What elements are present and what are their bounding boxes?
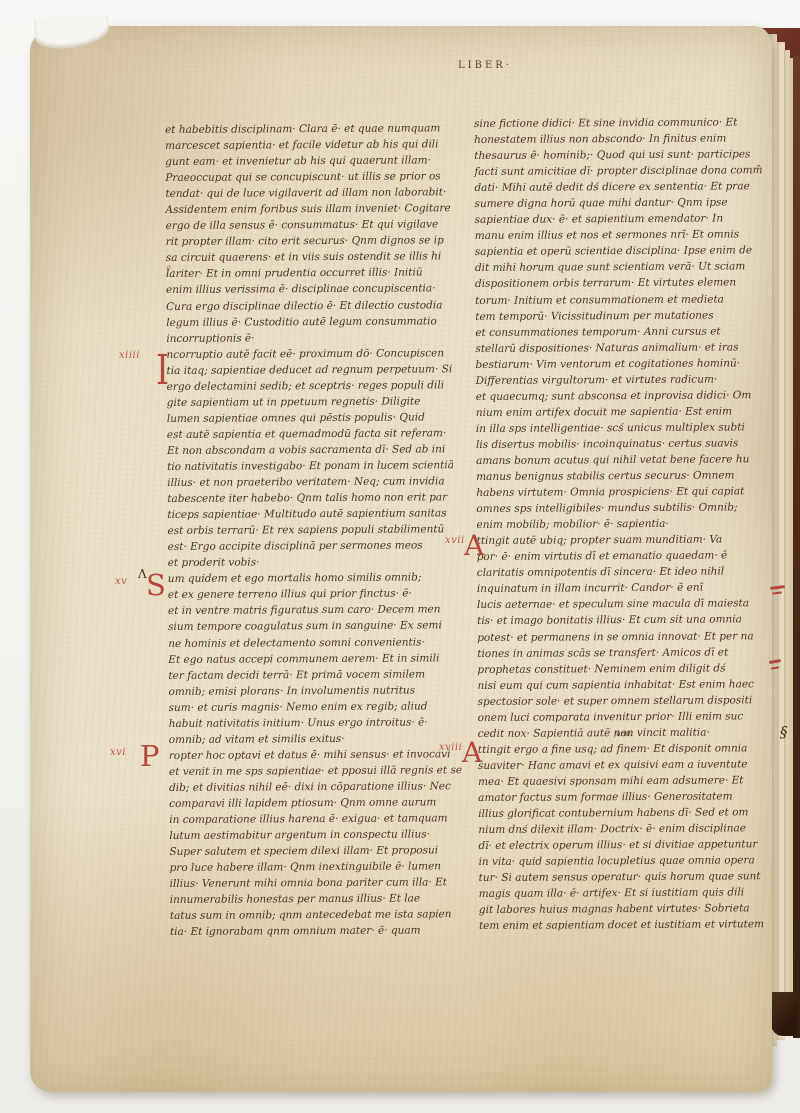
running-title: LIBER· [458, 60, 512, 71]
text-line: Assidentem enim foribus suis illam inven… [165, 200, 467, 218]
text-line: et proderit vobis· [168, 553, 470, 571]
text-line: lariter· Et in omni prudentia occurret i… [166, 265, 468, 283]
text-line: est autē sapientia et quemadmodū facta s… [167, 425, 469, 443]
text-line: torum· Initium et consummationem et medi… [475, 291, 777, 309]
text-line: dī· et electrix operum illius· et si div… [478, 836, 780, 854]
text-line: enim illius verissima ē· disciplinae con… [166, 281, 468, 299]
torn-notch [34, 15, 110, 50]
text-line: omnib; emisi plorans· In involumentis nu… [168, 682, 470, 700]
text-line: mea· Et quaesivi sponsam mihi eam adsume… [478, 772, 780, 790]
text-line: est· Ergo accipite disciplinā per sermon… [168, 537, 470, 555]
text-line: omnib; ad vitam et similis exitus· [169, 730, 471, 748]
text-line: nisi eum qui cum sapientia inhabitat· Es… [477, 676, 779, 694]
text-line: tatus sum in omnib; qnm antecedebat me i… [170, 906, 472, 924]
text-line: Super salutem et speciem dilexi illam· E… [169, 842, 471, 860]
text-line: tem temporū· Vicissitudinum per mutation… [475, 307, 777, 325]
chapter-number: xvii [445, 535, 465, 546]
text-line: ter factam decidi terrā· Et primā vocem … [168, 666, 470, 684]
text-line: enim mobilib; mobilior· ē· sapientia· [476, 515, 778, 533]
text-line: in comparatione illius harena ē· exigua·… [169, 810, 471, 828]
text-line: rit propter illam· cito erit securus· Qn… [166, 232, 468, 250]
text-line: et consummationes temporum· Anni cursus … [475, 323, 777, 341]
text-line: gunt eam· et invenietur ab his qui quaer… [165, 152, 467, 170]
chapter-number: xviii [439, 742, 462, 753]
text-line: inquinatum in illam incurrit· Candor· ē … [477, 580, 779, 598]
text-line: suaviter· Hanc amavi et ex quisivi eam a… [478, 756, 780, 774]
interlinear-gloss: fortit [614, 730, 631, 738]
text-line: dispositionem orbis terrarum· Et virtute… [475, 275, 777, 293]
text-line: tio nativitatis investigabo· Et ponam in… [167, 457, 469, 475]
text-line: marcescet sapientia· et facile videtur a… [165, 136, 467, 154]
text-line: lis disertus mobilis· incoinquinatus· ce… [476, 435, 778, 453]
drop-initial-A: A [462, 739, 482, 767]
text-line: dati· Mihi autē dedit dś dicere ex sente… [474, 178, 776, 196]
chapter-number: xiiii [119, 350, 140, 361]
text-line: sapientia et operū scientiae disciplina·… [475, 243, 777, 261]
text-line: facti sunt amicitiae dī· propter discipl… [474, 162, 776, 180]
text-line: et venit in me sps sapientiae· et pposui… [169, 762, 471, 780]
text-line: sine fictione didici· Et sine invidia co… [474, 114, 776, 132]
text-line: potest· et permanens in se omnia innovat… [477, 628, 779, 646]
drop-initial-I: I [156, 349, 169, 390]
text-line: illius· Venerunt mihi omnia bona pariter… [170, 874, 472, 892]
text-line: sumere digna horū quae mihi dantur· Qnm … [474, 194, 776, 212]
text-line: et ex genere terreno illius qui prior fi… [168, 586, 470, 604]
text-line: Differentias virgultorum· et virtutes ra… [476, 371, 778, 389]
text-line: thesaurus ē· hominib;· Quod qui usi sunt… [474, 146, 776, 164]
text-line: illius glorificat contubernium habens dī… [478, 804, 780, 822]
text-line: Et non abscondam a vobis sacramenta dī· … [167, 441, 469, 459]
text-line: magis quam illa· ē· artifex· Et si iusti… [479, 884, 781, 902]
text-line: et habebitis disciplinam· Clara ē· et qu… [165, 120, 467, 138]
text-line: pro luce habere illam· Qnm inextinguibil… [170, 858, 472, 876]
binding-edge [793, 56, 800, 1038]
text-line: spectosior sole· et super omnem stellaru… [478, 692, 780, 710]
text-line: incorruptionis ē· [166, 329, 468, 347]
text-line: innumerabilis honestas per manus illius·… [170, 890, 472, 908]
interlinear-correction: a [167, 263, 171, 271]
parchment-page: LIBER· et habebitis disciplinam· Clara ē… [30, 26, 772, 1092]
text-line: habens virtutem· Omnia prospiciens· Et q… [476, 483, 778, 501]
chapter-number: xvi [110, 747, 126, 758]
text-line: Et ego natus accepi communem aerem· Et i… [168, 650, 470, 668]
chapter-number: xv [115, 576, 127, 587]
text-column-right: sine fictione didici· Et sine invidia co… [474, 114, 781, 934]
text-line: lutum aestimabitur argentum in conspectu… [169, 826, 471, 844]
text-line: sium tempore coagulatus sum in sanguine·… [168, 618, 470, 636]
text-line: prophetas constituet· Neminem enim dilig… [477, 660, 779, 678]
text-line: tia· Et ignorabam qnm omnium mater· ē· q… [170, 922, 472, 940]
text-line: sum· et curis magnis· Nemo enim ex regib… [169, 698, 471, 716]
text-line: tendat· qui de luce vigilaverit ad illam… [165, 184, 467, 202]
text-line: claritatis omnipotentis dī sincera· Et i… [477, 563, 779, 581]
text-line: tis· et imago bonitatis illius· Et cum s… [477, 612, 779, 630]
text-line: lumen sapientiae omnes qui pēstis populi… [167, 409, 469, 427]
text-line: Cura ergo disciplinae dilectio ē· Et dil… [166, 297, 468, 315]
text-line: et in ventre matris figuratus sum caro· … [168, 602, 470, 620]
text-line: ropter hoc optavi et datus ē· mihi sensu… [169, 746, 471, 764]
text-line: nium dnś dilexit illam· Doctrix· ē· enim… [478, 820, 780, 838]
text-line: amator factus sum formae illius· Generos… [478, 788, 780, 806]
text-line: legum illius ē· Custoditio autē legum co… [166, 313, 468, 331]
text-line: tia itaq; sapientiae deducet ad regnum p… [166, 361, 468, 379]
drop-initial-P: P [140, 742, 160, 771]
text-line: Praeoccupat qui se concupiscunt· ut illi… [165, 168, 467, 186]
quire-mark: § [780, 723, 788, 741]
text-line: honestatem illius non abscondo· In finit… [474, 130, 776, 148]
text-line: amans bonum acutus qui nihil vetat bene … [476, 451, 778, 469]
text-line: onem luci comparata invenitur prior· Ill… [478, 708, 780, 726]
text-line: tiones in animas scās se transfert· Amic… [477, 644, 779, 662]
text-line: manu enim illius et nos et sermones nrī·… [475, 226, 777, 244]
text-line: stellarū dispositiones· Naturas animaliu… [475, 339, 777, 357]
text-line: ergo de illa sensus ē· consummatus· Et q… [166, 216, 468, 234]
text-line: nium enim artifex docuit me sapientia· E… [476, 403, 778, 421]
text-line: bestiarum· Vim ventorum et cogitationes … [475, 355, 777, 373]
text-line: in vita· quid sapientia locupletius quae… [479, 852, 781, 870]
text-line: manus benignus stabilis certus securus· … [476, 467, 778, 485]
text-line: dib; et divitias nihil eē· dixi in cōpar… [169, 778, 471, 796]
paragraph-mark: Λ [138, 567, 147, 581]
text-line: ttingit ergo a fine usq; ad finem· Et di… [478, 740, 780, 758]
text-line: sapientiae dux· ē· et sapientium emendat… [475, 210, 777, 228]
text-line: ttingit autē ubiq; propter suam munditia… [477, 531, 779, 549]
text-line: est orbis terrarū· Et rex sapiens populi… [167, 521, 469, 539]
text-line: ncorruptio autē facit eē· proximum dō· C… [166, 345, 468, 363]
text-line: tur· Si autem sensus operatur· quis horu… [479, 868, 781, 886]
text-line: tabescente iter habebo· Qnm talis homo n… [167, 489, 469, 507]
text-column-left: et habebitis disciplinam· Clara ē· et qu… [165, 120, 472, 940]
text-line: ticeps sapientiae· Multitudo autē sapien… [167, 505, 469, 523]
text-line: omnes sps intelligibiles· mundus subtili… [476, 499, 778, 517]
binding-shadow-wedge [771, 992, 797, 1036]
text-line: et quaecumq; sunt absconsa et inprovisa … [476, 387, 778, 405]
text-line: um quidem et ego mortalis homo similis o… [168, 569, 470, 587]
text-line: gite sapientiam ut in ppetuum regnetis· … [167, 393, 469, 411]
text-line: tem enim et sapientiam docet et iustitia… [479, 916, 781, 934]
text-line: ergo delectamini sedib; et sceptris· reg… [167, 377, 469, 395]
text-line: illius· et non praeteribo veritatem· Neq… [167, 473, 469, 491]
text-line: ne hominis et delectamento somni conveni… [168, 634, 470, 652]
manuscript-photo: § LIBER· et habebitis disciplinam· Clara… [0, 0, 800, 1113]
text-line: sa circuit quaerens· et in viis suis ost… [166, 249, 468, 267]
drop-initial-A: A [464, 532, 484, 560]
text-line: habuit nativitatis initium· Unus ergo in… [169, 714, 471, 732]
text-line: in illa sps intelligentiae· scś unicus m… [476, 419, 778, 437]
drop-initial-S: S [146, 571, 166, 600]
text-line: dit mihi horum quae sunt scientiam verā·… [475, 259, 777, 277]
text-line: comparavi illi lapidem ptiosum· Qnm omne… [169, 794, 471, 812]
text-line: por· ē· enim virtutis dī et emanatio qua… [477, 547, 779, 565]
text-line: lucis aeternae· et speculum sine macula … [477, 596, 779, 614]
text-line: git labores huius magnas habent virtutes… [479, 900, 781, 918]
